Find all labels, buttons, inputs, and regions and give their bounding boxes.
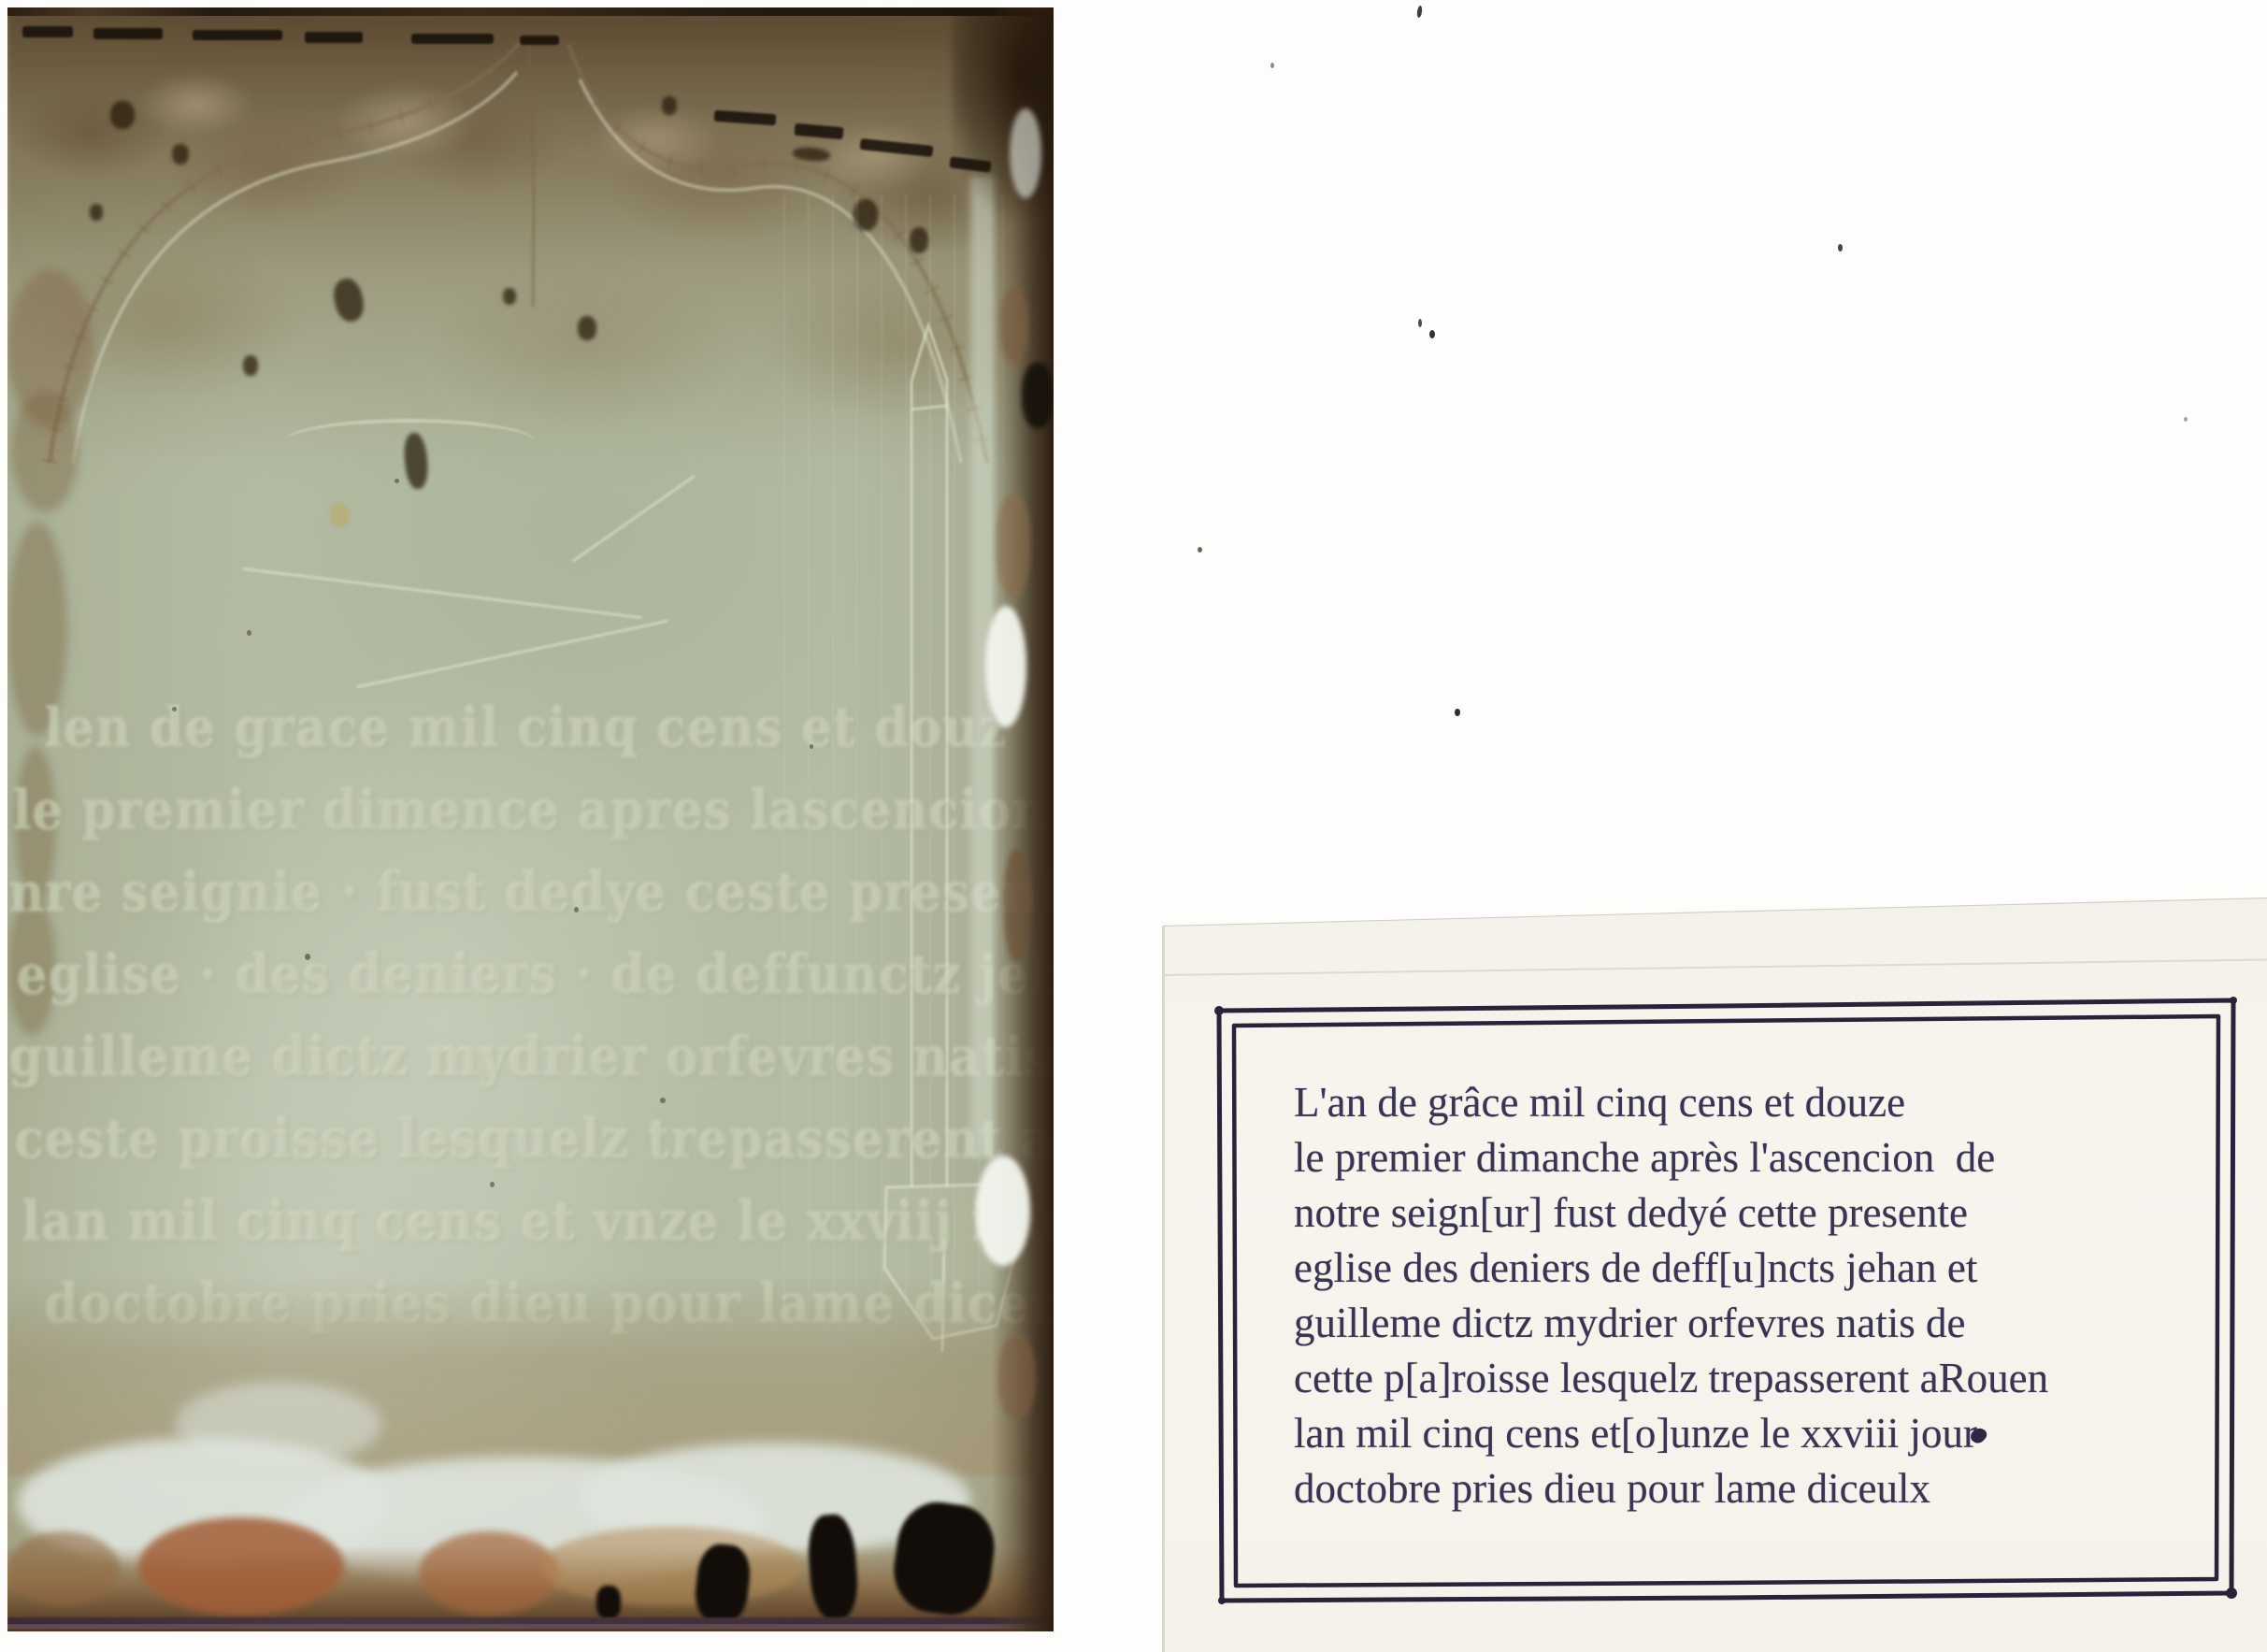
stone-inscription-line: nre seignie · fust dedye ceste presente [9,861,1054,925]
plaster-fleck [976,1156,1030,1266]
dark-dash [305,32,363,43]
plaster-patch [176,1382,381,1466]
stone-tablet-photograph: len de grace mil cinq cens et douz le pr… [7,7,1054,1631]
dark-debris [596,1586,621,1619]
dark-dash [93,28,163,39]
stone-inscription-line: ceste proisse lesquelz trepasserent arou… [15,1108,1054,1171]
speck [574,907,579,912]
dust-speck [1270,63,1274,68]
dark-gap [1022,363,1054,428]
stone-inscription-line: guilleme dictz mydrier orfevres natis de [9,1026,1054,1089]
carving-recess [110,101,135,129]
transcription-line: notre seign[ur] fust dedyé cette present… [1294,1185,2048,1241]
scan-tint-line [7,1624,1054,1629]
carving-recess [578,316,596,340]
rust-patch [7,1531,120,1606]
speck [247,630,251,636]
dark-dash [22,26,73,37]
photo-top-edge [7,7,1054,16]
stone-inscription-line: len de grace mil cinq cens et douz [45,697,1008,760]
transcription-line: eglise des deniers de deff[u]ncts jehan … [1294,1241,2048,1296]
dust-speck [1416,6,1423,19]
dark-dash [193,30,282,40]
transcription-card: L'an de grâce mil cinq cens et douze le … [1162,896,2267,1652]
mortar-texture [998,1335,1036,1419]
transcription-line: lan mil cinq cens et[o]unze le xxviii jo… [1294,1406,2048,1461]
speck [810,744,813,749]
speck [490,1182,495,1187]
plaster-fleck [1010,108,1041,198]
stain [11,391,79,512]
carving-recess [662,96,677,115]
stone-inscription-line: le premier dimence apres lascencion de [13,779,1054,842]
transcription-line: L'an de grâce mil cinq cens et douze [1294,1075,2048,1130]
scanned-page: len de grace mil cinq cens et douz le pr… [0,0,2267,1652]
carving-recess [90,204,103,221]
rust-patch [540,1527,802,1606]
carving-recess [243,355,258,376]
dust-speck [1429,330,1435,338]
dust-speck [1198,547,1202,553]
dark-top-right-corner [952,7,1054,232]
mortar-texture [997,494,1030,596]
speck [305,954,310,960]
transcription-line: doctobre pries dieu pour lame diceulx [1294,1461,2048,1516]
transcription-text: L'an de grâce mil cinq cens et douze le … [1294,1075,2048,1516]
mortar-texture [1004,849,1030,961]
stone-inscription-line: eglise · des deniers · de deffunctz jeha… [17,943,1054,1007]
carving-recess [172,144,189,165]
carving-recess [503,288,516,305]
plaster-fleck [985,606,1026,727]
dust-speck [1455,709,1460,716]
transcription-line: guilleme dictz mydrier orfevres natis de [1294,1296,2048,1351]
dust-speck [2184,417,2188,422]
speck [660,1098,666,1103]
dust-speck [1418,319,1422,327]
rust-patch [138,1517,344,1616]
transcription-line: cette p[a]roisse lesquelz trepasserent a… [1294,1351,2048,1406]
stone-inscription-line: lan mil cinq cens et vnze le xxviij iour [22,1190,1054,1254]
speck [395,479,399,483]
dark-dash [520,36,559,45]
speck [172,707,177,711]
mortar-texture [1000,288,1028,363]
dark-dash [411,34,494,44]
yellow-spot [329,503,350,527]
faint-arc-mark [283,419,536,466]
transcription-line: le premier dimanche après l'ascencion de [1294,1130,2048,1185]
rust-patch [419,1531,559,1616]
dust-speck [1838,244,1843,251]
